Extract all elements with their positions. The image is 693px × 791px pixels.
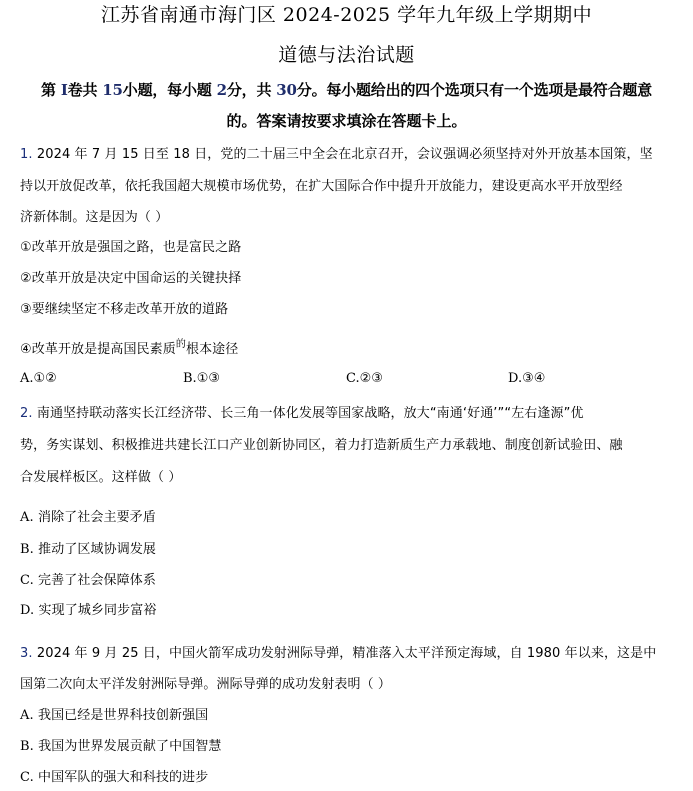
option-b[interactable]: B. 推动了区域协调发展 <box>20 538 156 557</box>
exam-subtitle: 道德与法治试题 <box>0 40 693 67</box>
option-c[interactable]: C.②③ <box>346 371 383 386</box>
question-number: 2. <box>20 406 33 421</box>
option-b[interactable]: B. 我国为世界发展贡献了中国智慧 <box>20 735 222 754</box>
question-stem-line: 合发展样板区。这样做（ ） <box>20 466 181 485</box>
question-stem-line: 1. 2024 年 7 月 15 日至 18 日，党的二十届三中全会在北京召开，… <box>20 143 653 162</box>
statement-3: ③要继续坚定不移走改革开放的道路 <box>20 298 228 317</box>
question-stem-line: 势，务实谋划、积极推进共建长江口产业创新协同区，着力打造新质生产力承载地、制度创… <box>20 434 623 453</box>
statement-2: ②改革开放是决定中国命运的关键抉择 <box>20 267 241 286</box>
option-b[interactable]: B.①③ <box>183 371 220 386</box>
question-number: 1. <box>20 147 33 162</box>
question-stem-line: 2. 南通坚持联动落实长江经济带、长三角一体化发展等国家战略，放大“南通‘好通’… <box>20 402 584 421</box>
option-a[interactable]: A.①② <box>20 371 57 386</box>
option-d[interactable]: D. 实现了城乡同步富裕 <box>20 599 156 618</box>
exam-title: 江苏省南通市海门区 2024-2025 学年九年级上学期期中 <box>0 0 693 27</box>
statement-4: ④改革开放是提高国民素质的根本途径 <box>20 338 238 357</box>
option-d[interactable]: D.③④ <box>508 371 545 386</box>
question-stem-line: 济新体制。这是因为（ ） <box>20 206 168 225</box>
option-a[interactable]: A. 消除了社会主要矛盾 <box>20 506 156 525</box>
option-a[interactable]: A. 我国已经是世界科技创新强国 <box>20 704 208 723</box>
option-c[interactable]: C. 完善了社会保障体系 <box>20 569 156 588</box>
question-stem-line: 持以开放促改革，依托我国超大规模市场优势，在扩大国际合作中提升开放能力，建设更高… <box>20 175 623 194</box>
statement-1: ①改革开放是强国之路，也是富民之路 <box>20 236 241 255</box>
exam-page: 江苏省南通市海门区 2024-2025 学年九年级上学期期中 道德与法治试题 第… <box>0 0 693 791</box>
question-stem-line: 3. 2024 年 9 月 25 日，中国火箭军成功发射洲际导弹，精准落入太平洋… <box>20 642 656 661</box>
section-instructions-line1: 第 I卷共 15小题，每小题 2分，共 30分。每小题给出的四个选项只有一个选项… <box>0 79 693 100</box>
question-stem-line: 国第二次向太平洋发射洲际导弹。洲际导弹的成功发射表明（ ） <box>20 673 391 692</box>
option-c[interactable]: C. 中国军队的强大和科技的进步 <box>20 766 208 785</box>
question-number: 3. <box>20 646 33 661</box>
section-instructions-line2: 的。答案请按要求填涂在答题卡上。 <box>0 110 693 131</box>
